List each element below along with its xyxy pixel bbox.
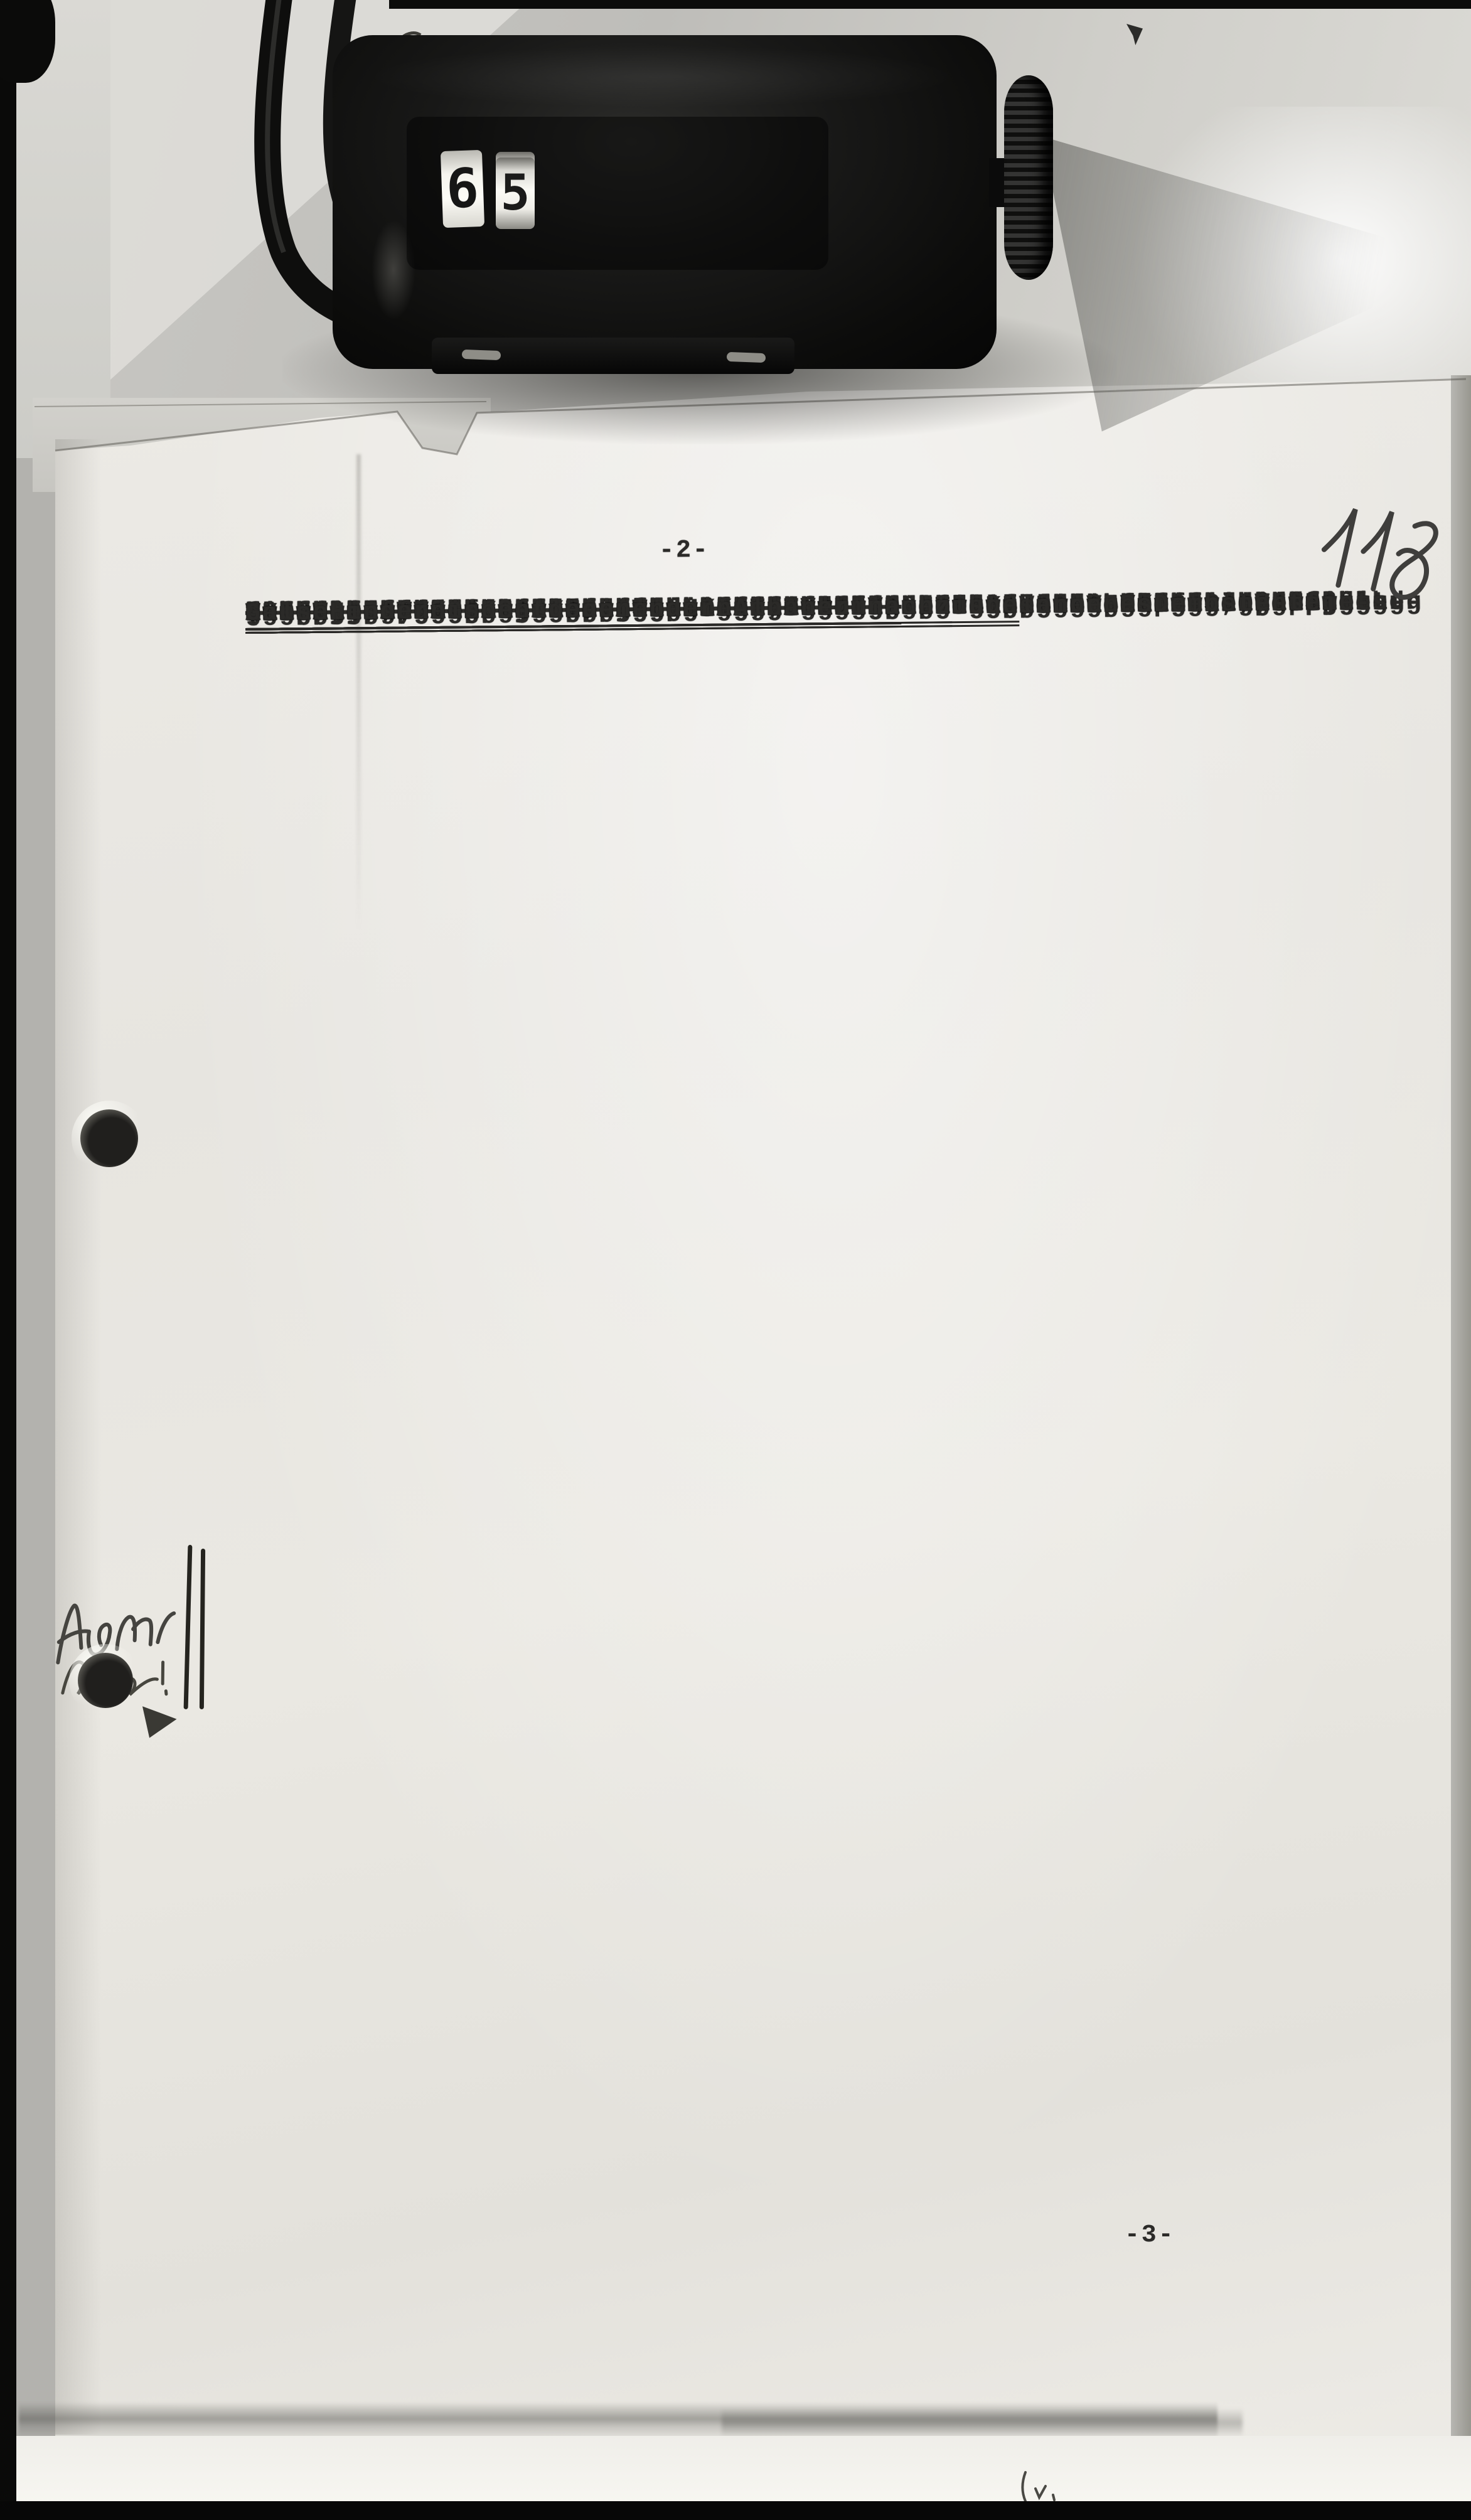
film-edge-left xyxy=(0,0,16,2520)
counter-digits: 290095 xyxy=(496,154,822,230)
counter-digit: 5 xyxy=(496,157,535,229)
page-left-shadow xyxy=(55,439,102,2435)
film-edge-top xyxy=(389,0,1471,9)
mounting-screw-slot-2 xyxy=(727,352,766,363)
scanned-document-photo: -2- Banditen deutsche Wehrmachtangehörig… xyxy=(0,0,1471,2520)
counter-body-sheen xyxy=(364,45,960,108)
pen-mark-bottom xyxy=(1018,2467,1063,2506)
punch-hole-bottom xyxy=(78,1653,133,1708)
mounting-screw-slot xyxy=(462,350,501,360)
reset-knob-wheel xyxy=(1004,75,1053,280)
punch-hole-top xyxy=(80,1109,138,1167)
bottom-paper-strip xyxy=(15,2436,1471,2502)
page-number: -2- xyxy=(659,537,710,565)
document-page xyxy=(55,374,1466,2502)
bottom-page-shadow-2 xyxy=(722,2408,1243,2437)
handwritten-folio-number xyxy=(1307,474,1458,620)
page-right-torn-edge xyxy=(1451,375,1471,2502)
next-page-number: -3- xyxy=(1125,2221,1175,2250)
counter-prefix-window: 6 xyxy=(441,150,484,228)
film-edge-bottom xyxy=(0,2501,1471,2520)
